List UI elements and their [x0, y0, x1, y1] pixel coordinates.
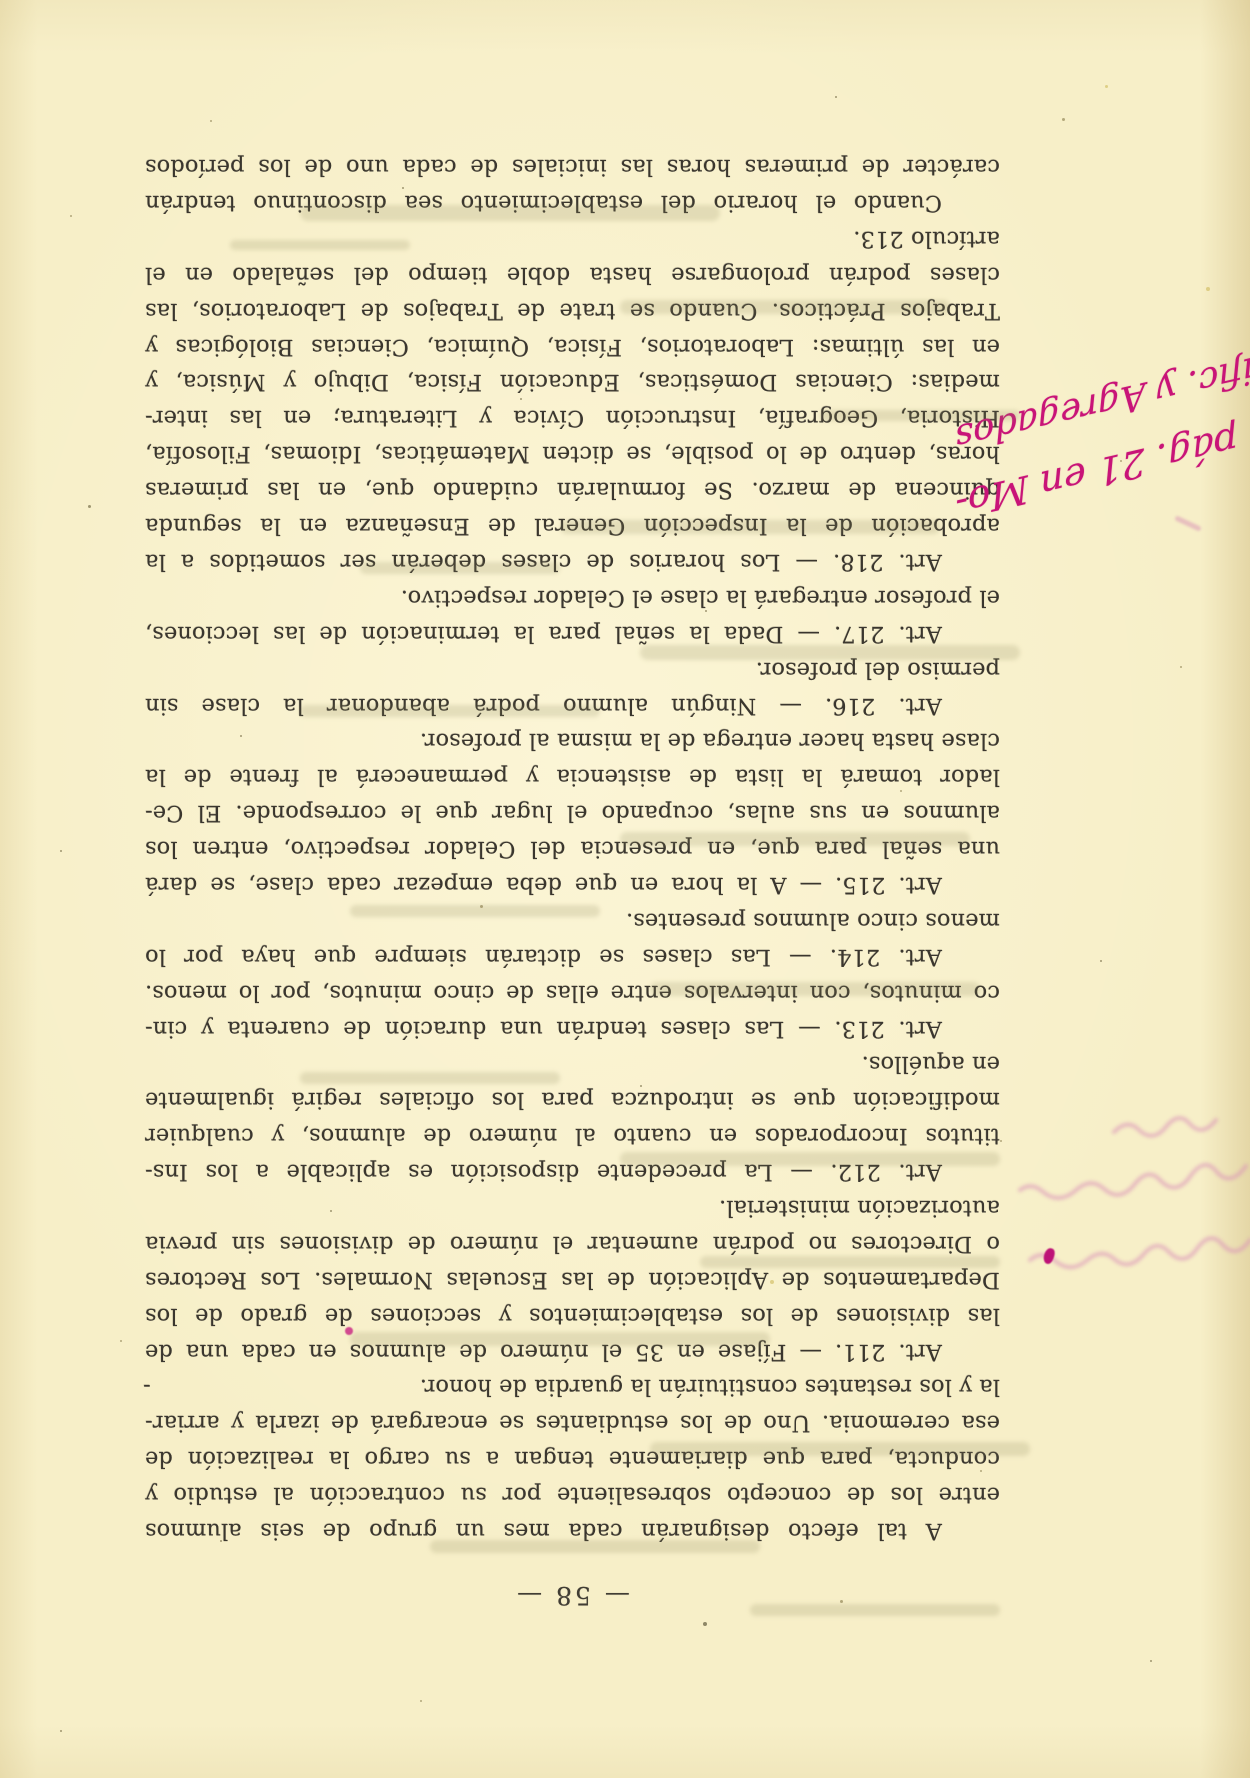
text-line: o Directores no podrán aumentar el númer… [145, 1225, 1000, 1261]
text-line: Art. 218. — Los horarios de clases deber… [145, 543, 1000, 579]
text-line: permiso del profesor. [145, 651, 1000, 687]
body-text-block: A tal efecto designarán cada mes un grup… [145, 148, 1000, 1548]
page-number: — 58 — [392, 1581, 752, 1610]
text-line: medias: Ciencias Domésticas, Educación F… [145, 364, 1000, 400]
text-line: Art. 215. — A la hora en que deba empeza… [145, 866, 1000, 902]
text-line: A tal efecto designarán cada mes un grup… [145, 1512, 1000, 1548]
text-line: entre los de concepto sobresaliente por … [145, 1476, 1000, 1512]
text-line: aprobación de la Inspección General de E… [145, 507, 1000, 543]
text-line: lador tomará la lista de asistencia y pe… [145, 758, 1000, 794]
text-line: clase hasta hacer entrega de la misma al… [145, 723, 1000, 759]
ink-bleedthrough-handwriting [1006, 1088, 1250, 1278]
page-sheet: — 58 — A tal efecto designarán cada mes … [0, 0, 1250, 1778]
text-line: titutos Incorporados en cuanto al número… [145, 1117, 1000, 1153]
text-line: Art. 213. — Las clases tendrán una durac… [145, 1010, 1000, 1046]
text-line: Trabajos Prácticos. Cuando se trate de T… [145, 292, 1000, 328]
text-line: quincena de marzo. Se formularán cuidand… [145, 471, 1000, 507]
text-line: alumnos en sus aulas, ocupando el lugar … [145, 794, 1000, 830]
text-line: la y los restantes constituirán la guard… [145, 1369, 1000, 1405]
text-line: modificación que se introduzca para los … [145, 1081, 1000, 1117]
text-line: clases podrán prolongarse hasta doble ti… [145, 256, 1000, 292]
ink-blot [345, 1327, 353, 1335]
text-line: Art. 216. — Ningún alumno podrá abandona… [145, 687, 1000, 723]
text-line: el profesor entregará la clase el Celado… [145, 579, 1000, 615]
text-line: Art. 217. — Dada la señal para la termin… [145, 615, 1000, 651]
handwritten-margin-note: Va pág. 21 en Mo- dific. y Agregados [965, 327, 1250, 534]
text-line: esa ceremonia. Uno de los estudiantes se… [145, 1404, 1000, 1440]
scanned-book-page: — 58 — A tal efecto designarán cada mes … [0, 0, 1250, 1778]
text-line: co minutos, con intervalos entre ellas d… [145, 974, 1000, 1010]
text-line: Cuando el horario del establecimiento se… [145, 184, 1000, 220]
text-line: Historia, Geografía, Instrucción Cívica … [145, 400, 1000, 436]
stray-dash-mark: - [143, 1369, 151, 1405]
text-line: las divisiones de los establecimientos y… [145, 1297, 1000, 1333]
ink-smear [1174, 515, 1201, 531]
text-line: carácter de primeras horas las iniciales… [145, 148, 1000, 184]
text-line: Art. 211. — Fíjase en 35 el número de al… [145, 1333, 1000, 1369]
text-line: en las últimas: Laboratorios, Física, Qu… [145, 328, 1000, 364]
text-line: en aquéllos. [145, 1046, 1000, 1082]
text-line: Art. 214. — Las clases se dictarán siemp… [145, 938, 1000, 974]
text-line: artículo 213. [145, 220, 1000, 256]
text-line: Art. 212. — La precedente disposición es… [145, 1153, 1000, 1189]
text-line: horas, dentro de lo posible, se dicten M… [145, 435, 1000, 471]
text-line: Departamentos de Aplicación de las Escue… [145, 1261, 1000, 1297]
text-line: una señal para que, en presencia del Cel… [145, 830, 1000, 866]
text-line: autorización ministerial. [145, 1189, 1000, 1225]
text-line: menos cinco alumnos presentes. [145, 902, 1000, 938]
text-line: conducta, para que diariamente tengan a … [145, 1440, 1000, 1476]
